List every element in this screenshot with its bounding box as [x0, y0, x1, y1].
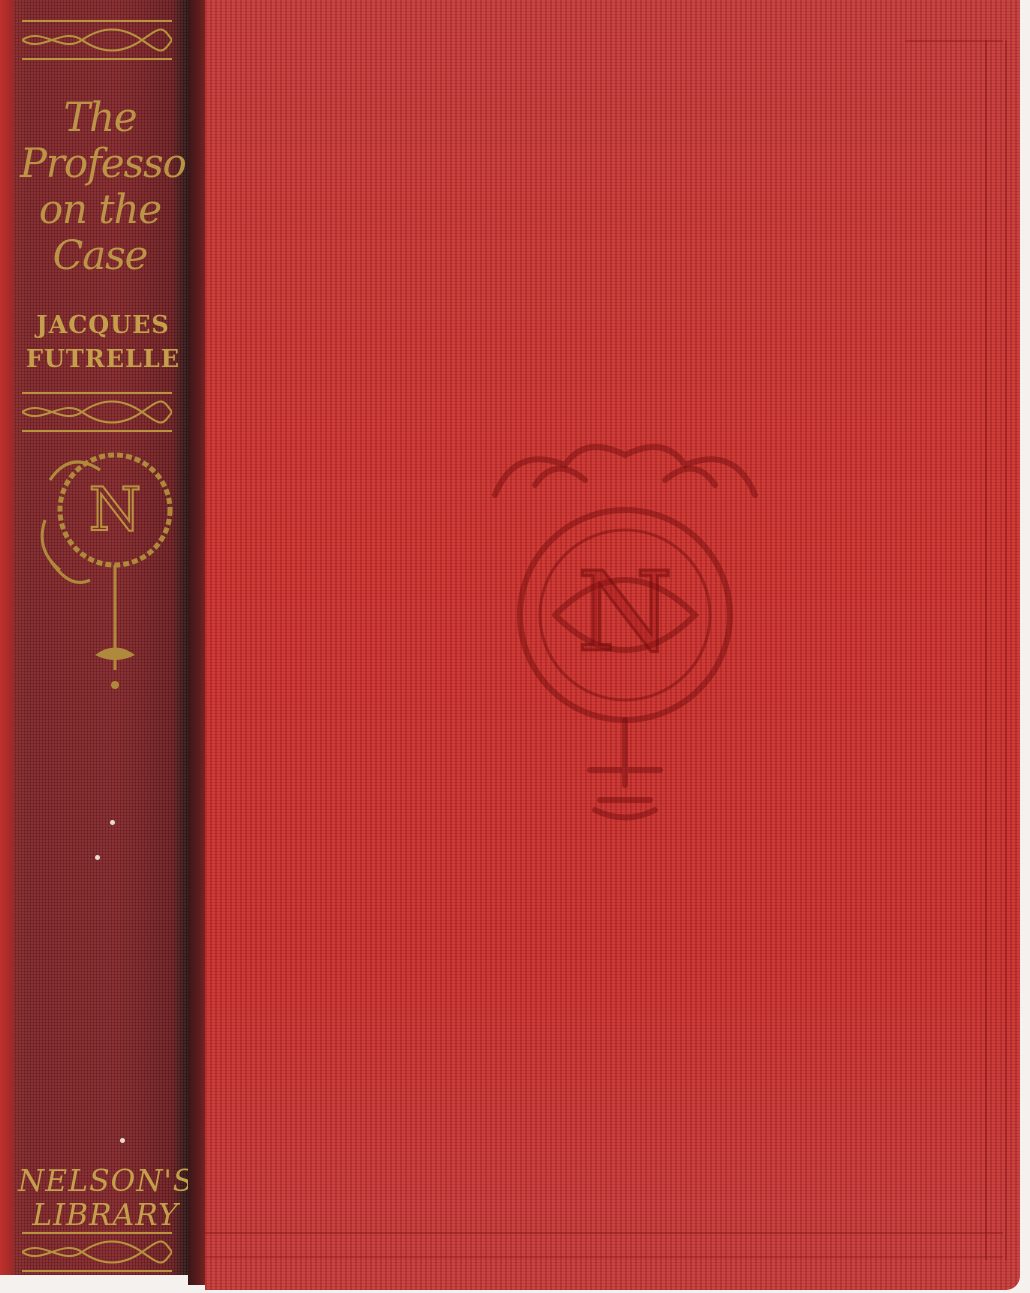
- spine-publisher-line: LIBRARY: [18, 1199, 193, 1233]
- spine-title-line: The: [20, 95, 180, 141]
- spine-bottom-ornament: [22, 1232, 172, 1272]
- embossed-monogram-emblem: N: [475, 425, 775, 835]
- spine-title-line: Case: [20, 233, 180, 279]
- svg-text:N: N: [89, 475, 142, 545]
- spine-author: JACQUES FUTRELLE: [18, 308, 188, 376]
- wear-spot: [110, 820, 115, 825]
- spine-mid-ornament: [22, 392, 172, 432]
- svg-text:N: N: [577, 548, 673, 676]
- wear-spot: [95, 855, 100, 860]
- book-photo: The Professor on the Case JACQUES FUTREL…: [0, 0, 1030, 1293]
- spine-title-line: Professor: [20, 141, 180, 187]
- spine-author-line: JACQUES: [18, 308, 188, 342]
- spine-top-ornament: [22, 20, 172, 60]
- spine-title: The Professor on the Case: [20, 95, 180, 279]
- spine-edge: [0, 0, 14, 1275]
- spine-title-line: on the: [20, 187, 180, 233]
- book-spine: The Professor on the Case JACQUES FUTREL…: [0, 0, 195, 1275]
- spine-publisher: NELSON'S LIBRARY: [18, 1165, 193, 1233]
- wear-spot: [120, 1138, 125, 1143]
- front-cover: N: [205, 0, 1020, 1290]
- spine-author-line: FUTRELLE: [18, 342, 188, 376]
- spine-monogram-emblem: N: [30, 440, 180, 700]
- cover-border-frame: [985, 40, 1007, 1260]
- spine-publisher-line: NELSON'S: [18, 1165, 193, 1199]
- cover-border-bottom: [205, 1232, 1003, 1258]
